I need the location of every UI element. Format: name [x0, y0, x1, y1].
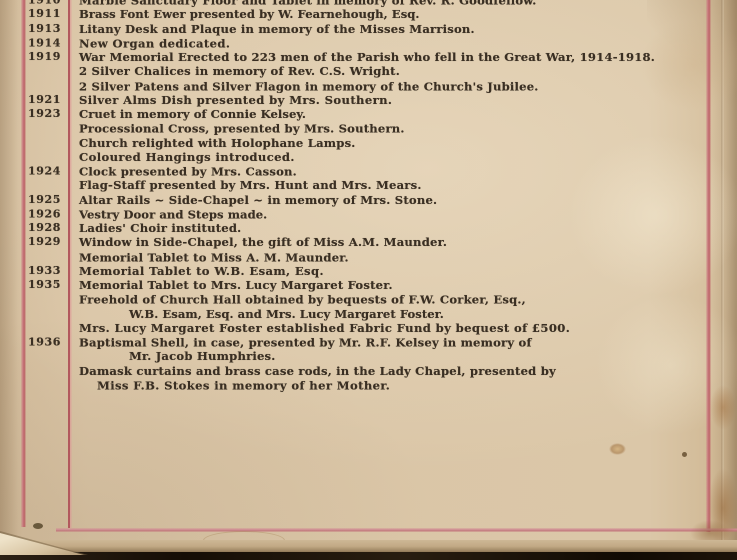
dark-surface-below-page	[0, 552, 737, 560]
record-text: Mr. Jacob Humphries.	[79, 349, 276, 363]
record-row: 1929 Window in Side-Chapel, the gift of …	[79, 235, 737, 249]
record-row: 1928 Ladies' Choir instituted.	[79, 221, 737, 235]
record-text: Damask curtains and brass case rods, in …	[79, 364, 556, 378]
record-text: Brass Font Ewer presented by W. Fearneho…	[79, 7, 420, 21]
record-year: 1923	[28, 107, 74, 121]
record-row: 1921 Silver Alms Dish presented by Mrs. …	[79, 93, 737, 107]
page-left-edge-shading	[0, 0, 18, 560]
record-text: Processional Cross, presented by Mrs. So…	[79, 122, 405, 136]
record-year: 1936	[28, 335, 74, 349]
record-row: 1923 Cruet in memory of Connie Kelsey.	[79, 107, 737, 121]
record-row: Mrs. Lucy Margaret Foster established Fa…	[79, 321, 737, 335]
record-text: Ladies' Choir instituted.	[79, 221, 241, 235]
record-text: Cruet in memory of Connie Kelsey.	[79, 107, 306, 121]
record-row: 1913 Litany Desk and Plaque in memory of…	[79, 22, 737, 36]
record-text: Baptismal Shell, in case, presented by M…	[79, 335, 532, 349]
record-year: 1919	[28, 50, 74, 64]
record-year: 1924	[28, 164, 74, 178]
record-text: Freehold of Church Hall obtained by bequ…	[79, 293, 526, 307]
record-year: 1933	[28, 264, 74, 278]
record-text: 2 Silver Patens and Silver Flagon in mem…	[79, 79, 539, 93]
record-year: 1928	[28, 221, 74, 235]
record-year: 1914	[28, 36, 74, 50]
left-margin-rule	[21, 0, 26, 527]
record-year: 1913	[28, 22, 74, 36]
record-row: 1911 Brass Font Ewer presented by W. Fea…	[79, 7, 737, 21]
record-year: 1921	[28, 93, 74, 107]
record-row: W.B. Esam, Esq. and Mrs. Lucy Margaret F…	[79, 307, 737, 321]
record-row: 1914 New Organ dedicated.	[79, 36, 737, 50]
record-text: Church relighted with Holophane Lamps.	[79, 136, 356, 150]
record-row: 1933 Memorial Tablet to W.B. Esam, Esq.	[79, 264, 737, 278]
record-text: Window in Side-Chapel, the gift of Miss …	[79, 235, 447, 249]
record-year: 1911	[28, 7, 74, 21]
record-year: 1925	[28, 193, 74, 207]
record-text: Vestry Door and Steps made.	[79, 207, 267, 221]
record-row: Memorial Tablet to Miss A. M. Maunder.	[79, 250, 737, 264]
record-row: 1935 Memorial Tablet to Mrs. Lucy Margar…	[79, 278, 737, 292]
record-text: Litany Desk and Plaque in memory of the …	[79, 22, 475, 36]
footer-rule	[56, 528, 737, 532]
record-row: 2 Silver Chalices in memory of Rev. C.S.…	[79, 64, 737, 78]
record-row: Flag-Staff presented by Mrs. Hunt and Mr…	[79, 178, 737, 192]
record-text: Miss F.B. Stokes in memory of her Mother…	[79, 378, 390, 392]
record-row: Miss F.B. Stokes in memory of her Mother…	[79, 378, 737, 392]
record-text: Memorial Tablet to Mrs. Lucy Margaret Fo…	[79, 278, 393, 292]
record-row: 1926 Vestry Door and Steps made.	[79, 207, 737, 221]
record-text: Mrs. Lucy Margaret Foster established Fa…	[79, 321, 570, 335]
ink-speck	[33, 523, 43, 529]
record-text: New Organ dedicated.	[79, 36, 230, 50]
ink-speck	[682, 452, 687, 457]
record-row: Damask curtains and brass case rods, in …	[79, 364, 737, 378]
record-text: Flag-Staff presented by Mrs. Hunt and Mr…	[79, 178, 422, 192]
record-text: Memorial Tablet to Miss A. M. Maunder.	[79, 250, 349, 264]
record-text: War Memorial Erected to 223 men of the P…	[79, 50, 655, 64]
record-text: 2 Silver Chalices in memory of Rev. C.S.…	[79, 64, 400, 78]
record-row: 2 Silver Patens and Silver Flagon in mem…	[79, 79, 737, 93]
record-row: Mr. Jacob Humphries.	[79, 349, 737, 363]
record-row: 1919 War Memorial Erected to 223 men of …	[79, 50, 737, 64]
record-row: Church relighted with Holophane Lamps.	[79, 136, 737, 150]
record-text: W.B. Esam, Esq. and Mrs. Lucy Margaret F…	[79, 307, 444, 321]
record-year: 1929	[28, 235, 74, 249]
record-row: Freehold of Church Hall obtained by bequ…	[79, 293, 737, 307]
record-year: 1926	[28, 207, 74, 221]
record-row: Processional Cross, presented by Mrs. So…	[79, 122, 737, 136]
record-text: Clock presented by Mrs. Casson.	[79, 164, 297, 178]
record-text: Coloured Hangings introduced.	[79, 150, 295, 164]
record-list: 1910 Marble Sanctuary Floor and Tablet i…	[79, 0, 737, 392]
record-row: 1924 Clock presented by Mrs. Casson.	[79, 164, 737, 178]
record-text: Memorial Tablet to W.B. Esam, Esq.	[79, 264, 324, 278]
record-text: Silver Alms Dish presented by Mrs. South…	[79, 93, 392, 107]
record-row: 1925 Altar Rails ~ Side-Chapel ~ in memo…	[79, 193, 737, 207]
brown-spot	[609, 443, 626, 455]
ledger-page: 1910 Marble Sanctuary Floor and Tablet i…	[0, 0, 737, 560]
record-text: Altar Rails ~ Side-Chapel ~ in memory of…	[79, 193, 437, 207]
record-row: Coloured Hangings introduced.	[79, 150, 737, 164]
record-year: 1935	[28, 278, 74, 292]
record-row: 1936 Baptismal Shell, in case, presented…	[79, 335, 737, 349]
